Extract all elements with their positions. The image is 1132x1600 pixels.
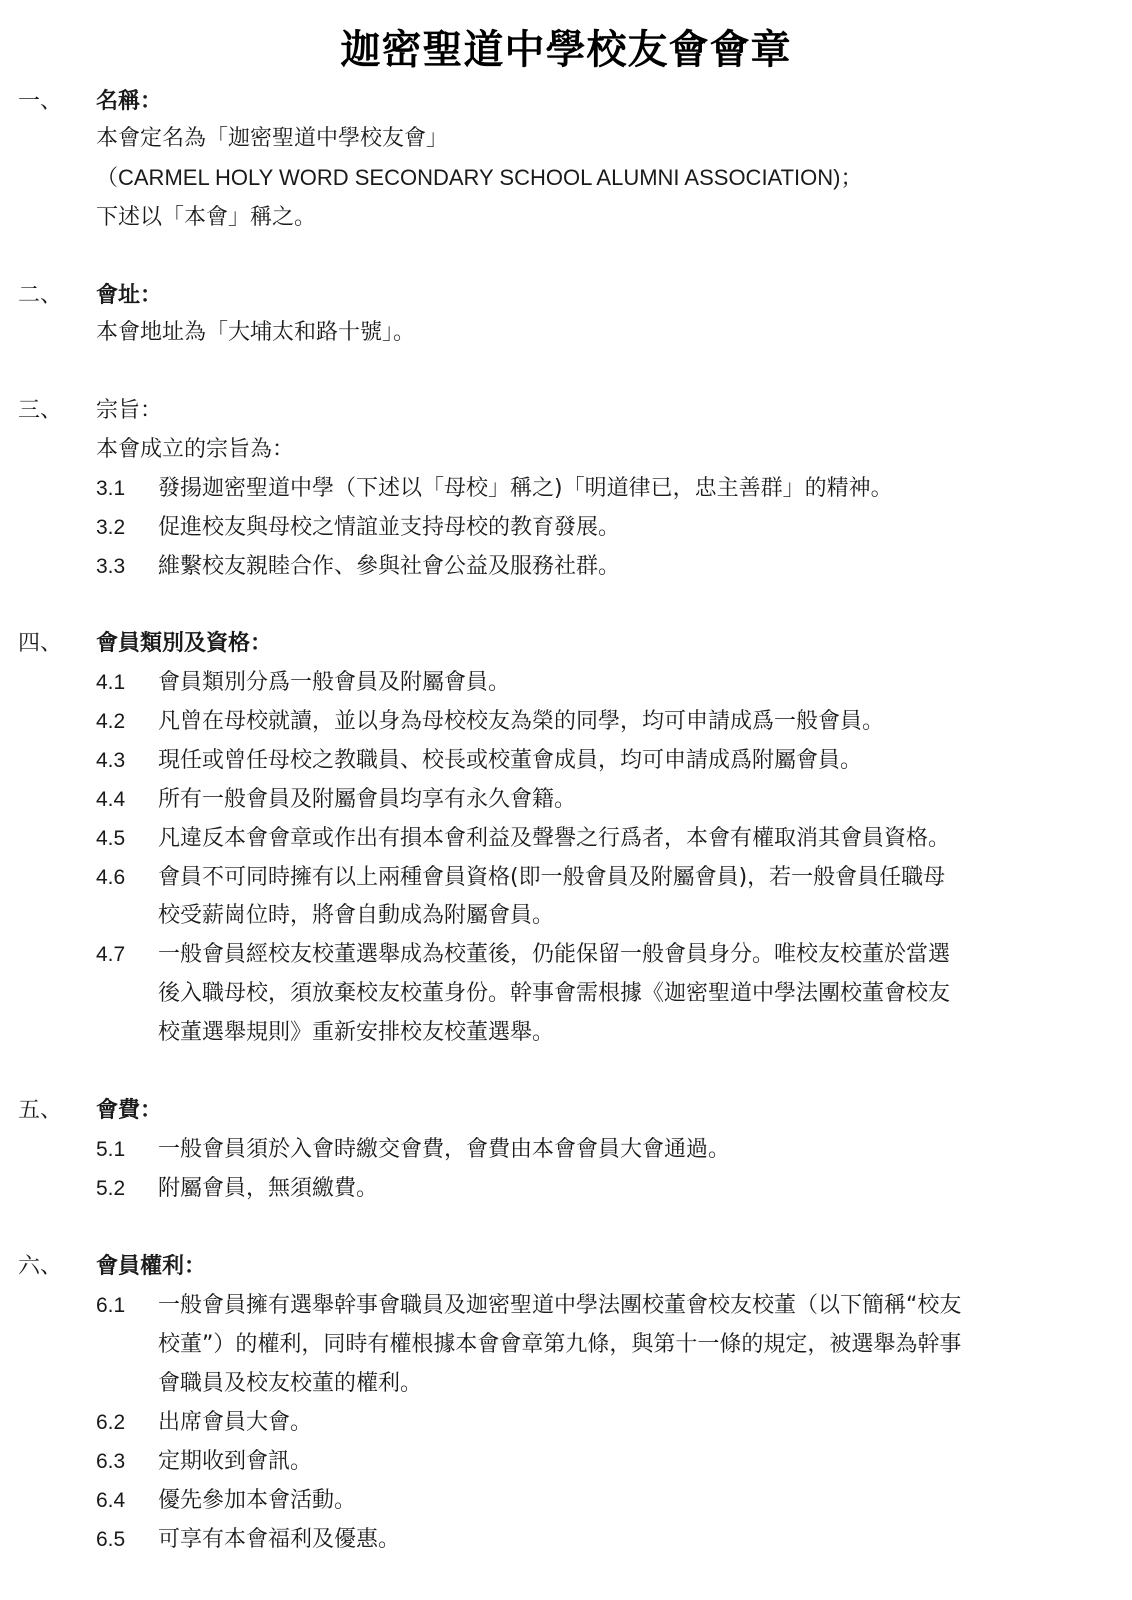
section-heading: 會址： [96,281,162,311]
item-number: 5.1 [96,1135,125,1165]
section-number: 一、 [18,87,62,117]
section-number: 二、 [18,281,62,311]
item-text: 優先參加本會活動。 [158,1486,356,1516]
section-number: 四、 [18,629,62,659]
item-text: 定期收到會訊。 [158,1447,312,1477]
item-number: 6.3 [96,1447,125,1477]
item-text: 附屬會員，無須繳費。 [158,1174,378,1204]
section-paragraph: 本會成立的宗旨為： [96,435,294,465]
item-text-continuation: 校董”）的權利，同時有權根據本會會章第九條，與第十一條的規定，被選舉為幹事 [158,1330,961,1360]
section-paragraph: 本會地址為「大埔太和路十號」。 [96,318,415,348]
item-number: 3.1 [96,474,125,504]
item-number: 6.5 [96,1525,125,1555]
item-number: 6.4 [96,1486,125,1516]
section-number: 三、 [18,396,62,426]
section-paragraph: 本會定名為「迦密聖道中學校友會」 [96,124,448,154]
section-heading: 會費： [96,1096,162,1126]
item-text: 凡曾在母校就讀，並以身為母校校友為榮的同學，均可申請成爲一般會員。 [158,707,884,737]
section-paragraph: （CARMEL HOLY WORD SECONDARY SCHOOL ALUMN… [96,163,862,193]
item-number: 4.3 [96,746,125,776]
item-text-continuation: 後入職母校，須放棄校友校董身份。幹事會需根據《迦密聖道中學法團校董會校友 [158,979,950,1009]
item-text: 可享有本會福利及優惠。 [158,1525,400,1555]
item-number: 5.2 [96,1174,125,1204]
item-text: 一般會員須於入會時繳交會費，會費由本會會員大會通過。 [158,1135,730,1165]
item-text: 凡違反本會會章或作出有損本會利益及聲譽之行爲者，本會有權取消其會員資格。 [158,824,950,854]
item-text: 一般會員擁有選舉幹事會職員及迦密聖道中學法團校董會校友校董（以下簡稱“校友 [158,1291,961,1321]
item-text: 會員類別分爲一般會員及附屬會員。 [158,668,510,698]
section-heading: 名稱： [96,87,162,117]
item-number: 4.4 [96,785,125,815]
item-number: 4.2 [96,707,125,737]
item-text: 出席會員大會。 [158,1408,312,1438]
section-paragraph: 下述以「本會」稱之。 [96,203,316,233]
item-number: 4.6 [96,863,125,893]
section-number: 五、 [18,1096,62,1126]
item-number: 6.2 [96,1408,125,1438]
section-heading: 會員權利： [96,1252,206,1282]
item-text: 一般會員經校友校董選舉成為校董後，仍能保留一般會員身分。唯校友校董於當選 [158,940,950,970]
item-text: 現任或曾任母校之教職員、校長或校董會成員，均可申請成爲附屬會員。 [158,746,862,776]
item-text: 發揚迦密聖道中學（下述以「母校」稱之)「明道律已，忠主善群」的精神。 [158,474,893,504]
section-number: 六、 [18,1252,62,1282]
item-text: 所有一般會員及附屬會員均享有永久會籍。 [158,785,576,815]
item-text-continuation: 校受薪崗位時，將會自動成為附屬會員。 [158,901,554,931]
section-heading: 宗旨： [96,396,162,426]
item-text: 維繫校友親睦合作、參與社會公益及服務社群。 [158,552,620,582]
item-number: 3.2 [96,513,125,543]
item-number: 4.1 [96,668,125,698]
document-title: 迦密聖道中學校友會會章 [0,18,1132,75]
item-text: 會員不可同時擁有以上兩種會員資格(即一般會員及附屬會員)，若一般會員任職母 [158,863,945,893]
item-number: 4.5 [96,824,125,854]
section-heading: 會員類別及資格： [96,629,272,659]
item-number: 4.7 [96,940,125,970]
item-text: 促進校友與母校之情誼並支持母校的教育發展。 [158,513,620,543]
item-text-continuation: 校董選舉規則》重新安排校友校董選舉。 [158,1018,554,1048]
item-number: 6.1 [96,1291,125,1321]
item-number: 3.3 [96,552,125,582]
item-text-continuation: 會職員及校友校董的權利。 [158,1369,422,1399]
